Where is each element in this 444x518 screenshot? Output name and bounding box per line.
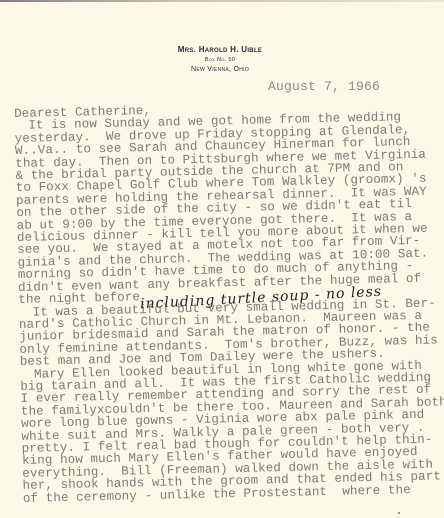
paper-speck	[398, 512, 400, 514]
letterhead-box: Box No. 50	[150, 57, 290, 63]
letterhead: Mrs. Harold H. Uible Box No. 50 New Vien…	[150, 45, 290, 73]
letterhead-name: Mrs. Harold H. Uible	[150, 45, 290, 54]
letterhead-city: New Vienna, Ohio	[150, 66, 290, 73]
letter-date: August 7, 1966	[268, 79, 380, 94]
page-top-edge	[0, 0, 444, 2]
